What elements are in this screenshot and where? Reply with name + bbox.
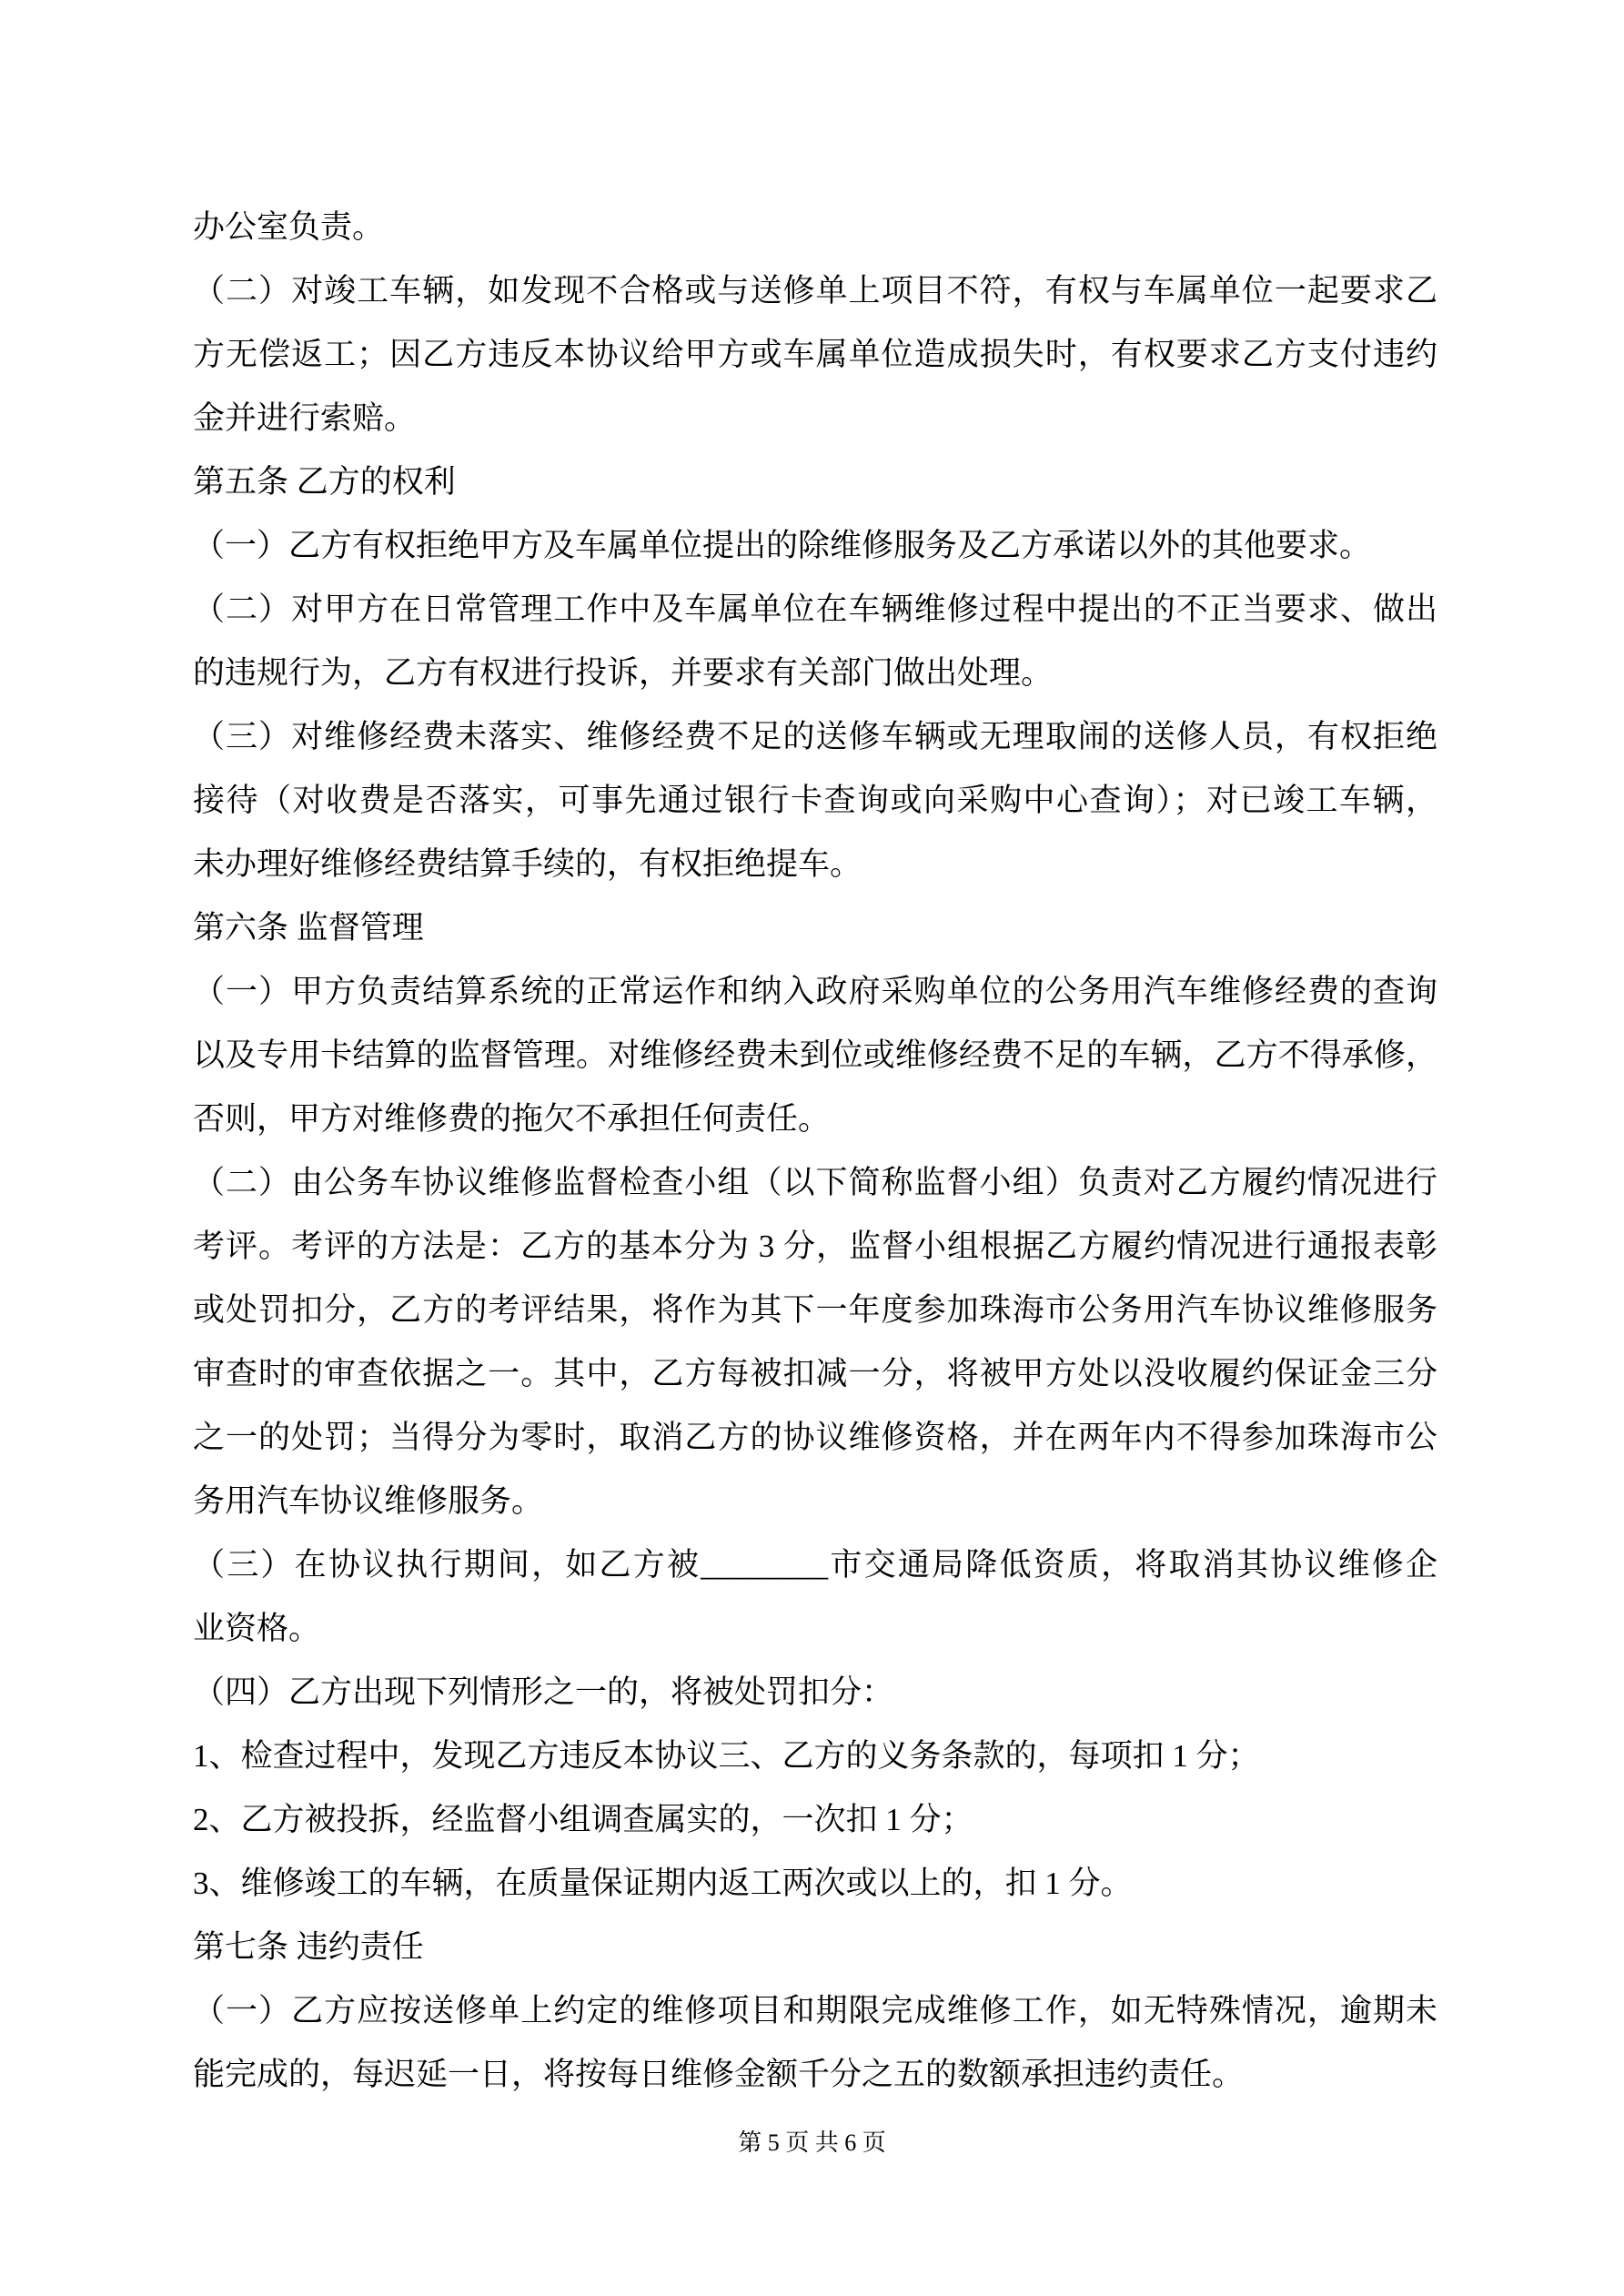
doc-line: （二）由公务车协议维修监督检查小组（以下简称监督小组）负责对乙方履约情况进行 bbox=[193, 1151, 1437, 1215]
doc-line: 办公室负责。 bbox=[193, 196, 1437, 259]
doc-line: 能完成的，每迟延一日，将按每日维修金额千分之五的数额承担违约责任。 bbox=[193, 2043, 1437, 2107]
doc-line: 否则，甲方对维修费的拖欠不承担任何责任。 bbox=[193, 1087, 1437, 1151]
doc-line: （二）对竣工车辆，如发现不合格或与送修单上项目不符，有权与车属单位一起要求乙 bbox=[193, 259, 1437, 323]
doc-line: （一）乙方有权拒绝甲方及车属单位提出的除维修服务及乙方承诺以外的其他要求。 bbox=[193, 514, 1437, 578]
section-heading-article-6: 第六条 监督管理 bbox=[193, 896, 1437, 960]
section-heading-article-7: 第七条 违约责任 bbox=[193, 1916, 1437, 1979]
doc-line: 未办理好维修经费结算手续的，有权拒绝提车。 bbox=[193, 833, 1437, 896]
doc-line: 考评。考评的方法是：乙方的基本分为 3 分，监督小组根据乙方履约情况进行通报表彰 bbox=[193, 1215, 1437, 1279]
doc-line: 1、检查过程中，发现乙方违反本协议三、乙方的义务条款的，每项扣 1 分； bbox=[193, 1725, 1437, 1788]
doc-line: 以及专用卡结算的监督管理。对维修经费未到位或维修经费不足的车辆，乙方不得承修， bbox=[193, 1024, 1437, 1087]
doc-line: 业资格。 bbox=[193, 1597, 1437, 1661]
doc-line: （三）对维修经费未落实、维修经费不足的送修车辆或无理取闹的送修人员，有权拒绝 bbox=[193, 705, 1437, 769]
doc-line: 方无偿返工；因乙方违反本协议给甲方或车属单位造成损失时，有权要求乙方支付违约 bbox=[193, 323, 1437, 387]
doc-line: 或处罚扣分，乙方的考评结果，将作为其下一年度参加珠海市公务用汽车协议维修服务 bbox=[193, 1279, 1437, 1342]
doc-line: 之一的处罚；当得分为零时，取消乙方的协议维修资格，并在两年内不得参加珠海市公 bbox=[193, 1406, 1437, 1470]
page-number-footer: 第 5 页 共 6 页 bbox=[0, 2123, 1624, 2163]
doc-line: 务用汽车协议维修服务。 bbox=[193, 1470, 1437, 1533]
doc-line: 金并进行索赔。 bbox=[193, 387, 1437, 450]
doc-line: （一）甲方负责结算系统的正常运作和纳入政府采购单位的公务用汽车维修经费的查询 bbox=[193, 960, 1437, 1024]
doc-line: （一）乙方应按送修单上约定的维修项目和期限完成维修工作，如无特殊情况，逾期未 bbox=[193, 1979, 1437, 2043]
doc-line: （二）对甲方在日常管理工作中及车属单位在车辆维修过程中提出的不正当要求、做出 bbox=[193, 578, 1437, 642]
doc-line: 接待（对收费是否落实，可事先通过银行卡查询或向采购中心查询）；对已竣工车辆， bbox=[193, 769, 1437, 833]
doc-line: 审查时的审查依据之一。其中，乙方每被扣减一分，将被甲方处以没收履约保证金三分 bbox=[193, 1342, 1437, 1406]
doc-line: 的违规行为，乙方有权进行投诉，并要求有关部门做出处理。 bbox=[193, 642, 1437, 705]
document-page: 办公室负责。 （二）对竣工车辆，如发现不合格或与送修单上项目不符，有权与车属单位… bbox=[0, 0, 1624, 2296]
document-body: 办公室负责。 （二）对竣工车辆，如发现不合格或与送修单上项目不符，有权与车属单位… bbox=[193, 196, 1437, 2107]
doc-line-with-blank: （三）在协议执行期间，如乙方被________市交通局降低资质，将取消其协议维修… bbox=[193, 1533, 1437, 1597]
doc-line: 3、维修竣工的车辆，在质量保证期内返工两次或以上的，扣 1 分。 bbox=[193, 1852, 1437, 1916]
doc-line: 2、乙方被投拆，经监督小组调查属实的，一次扣 1 分； bbox=[193, 1788, 1437, 1852]
section-heading-article-5: 第五条 乙方的权利 bbox=[193, 450, 1437, 514]
doc-line: （四）乙方出现下列情形之一的，将被处罚扣分： bbox=[193, 1661, 1437, 1725]
